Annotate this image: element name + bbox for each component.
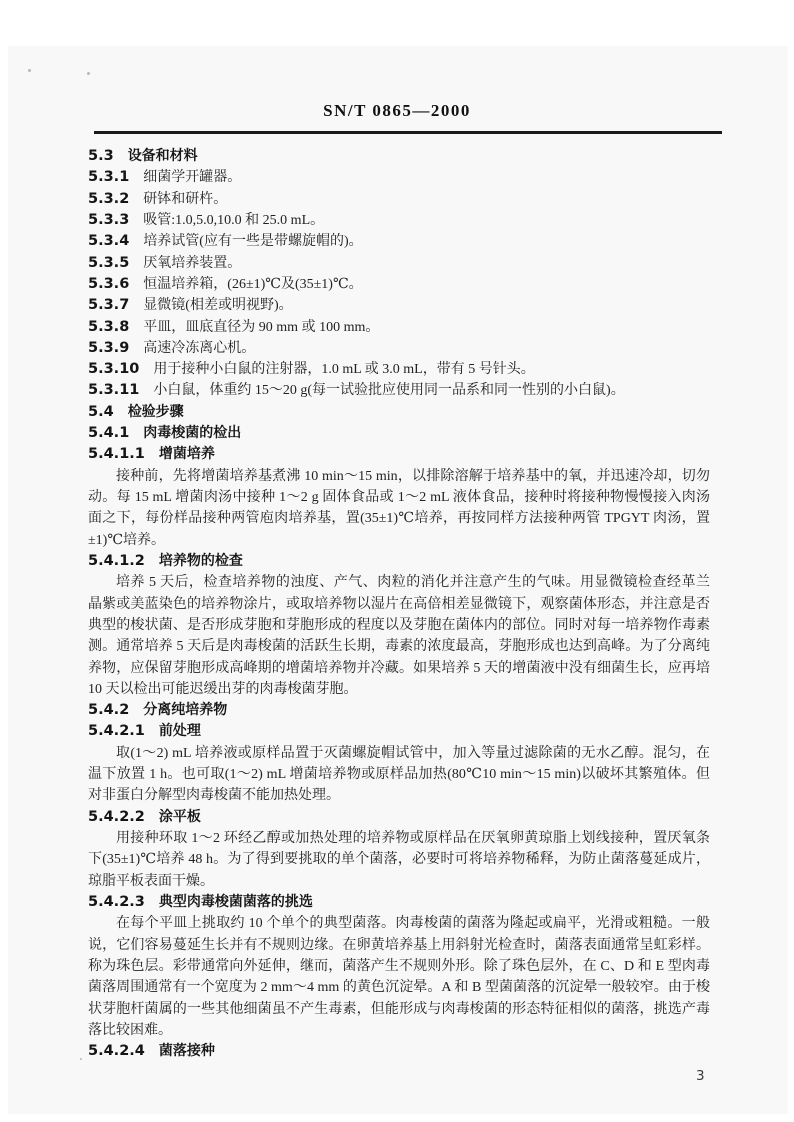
clause-number: 5.4.2 [88,702,129,718]
clause-title: 用于接种小白鼠的注射器，1.0 mL 或 3.0 mL，带有 5 号针头。 [153,362,534,377]
clause-number: 5.4.1.1 [88,446,145,462]
clause-line: 5.3.9高速冷冻离心机。 [88,338,710,359]
clause-title: 菌落接种 [159,1043,215,1059]
clause-title: 平皿，皿底直径为 90 mm 或 100 mm。 [143,320,379,335]
clause-title: 高速冷冻离心机。 [143,341,255,356]
clause-line: 5.4.2.2涂平板 [88,807,710,828]
paragraph-line: 接种前，先将增菌培养基煮沸 10 min～15 min，以排除溶解于培养基中的氧… [88,466,710,487]
paragraph-line: 温下放置 1 h。也可取(1～2) mL 增菌培养物或原样品加热(80℃10 m… [88,764,710,785]
paragraph-line: 10 天以检出可能迟缓出芽的肉毒梭菌芽胞。 [88,679,710,700]
paragraph-line: 用接种环取 1～2 环经乙醇或加热处理的培养物或原样品在厌氧卵黄琼脂上划线接种，… [88,828,710,849]
clause-number: 5.3.8 [88,319,129,335]
paragraph-line: 称为珠色层。彩带通常向外延伸，继而，菌落产生不规则外形。除了珠色层外，在 C、D… [88,956,710,977]
header-rule [94,131,722,134]
paragraph-line: 在每个平皿上挑取约 10 个单个的典型菌落。肉毒梭菌的菌落为隆起或扁平，光滑或粗… [88,913,710,934]
clause-title: 培养试管(应有一些是带螺旋帽的)。 [143,234,362,249]
clause-number: 5.4.2.2 [88,809,145,825]
clause-line: 5.3.7显微镜(相差或明视野)。 [88,295,710,316]
paragraph-line: 落比较困难。 [88,1020,710,1041]
clause-line: 5.4.2.3典型肉毒梭菌菌落的挑选 [88,892,710,913]
clause-number: 5.4.1.2 [88,553,145,569]
clause-number: 5.3.9 [88,340,129,356]
clause-title: 前处理 [159,723,201,739]
clause-number: 5.3 [88,148,114,164]
clause-title: 研钵和研杵。 [143,192,227,207]
paragraph-line: 测。通常培养 5 天后是肉毒梭菌的活跃生长期，毒素的浓度最高，芽胞形成也达到高峰… [88,636,710,657]
clause-title: 设备和材料 [128,148,198,164]
clause-line: 5.4.2.1前处理 [88,721,710,742]
paragraph-line: 状芽胞杆菌属的一些其他细菌虽不产生毒素，但能形成与肉毒梭菌的形态特征相似的菌落，… [88,999,710,1020]
clause-line: 5.4.1肉毒梭菌的检出 [88,423,710,444]
paragraph-line: 培养 5 天后，检查培养物的浊度、产气、肉粒的消化并注意产生的气味。用显微镜检查… [88,572,710,593]
clause-number: 5.4.2.3 [88,894,145,910]
paragraph-line: 说，它们容易蔓延生长并有不规则边缘。在卵黄培养基上用斜射光检查时，菌落表面通常呈… [88,935,710,956]
paragraph-line: 琼脂平板表面干燥。 [88,871,710,892]
clause-title: 显微镜(相差或明视野)。 [143,298,292,313]
clause-number: 5.4.2.1 [88,723,145,739]
paragraph-line: 典型的梭状菌、是否形成芽胞和芽胞形成的程度以及芽胞在菌体内的部位。同时对每一培养… [88,615,710,636]
clause-line: 5.3.2研钵和研杵。 [88,189,710,210]
page-number: 3 [696,1068,705,1084]
paragraph-line: 对非蛋白分解型肉毒梭菌不能加热处理。 [88,785,710,806]
clause-title: 恒温培养箱，(26±1)℃及(35±1)℃。 [143,277,362,292]
clause-title: 吸管:1.0,5.0,10.0 和 25.0 mL。 [143,213,324,228]
clause-title: 厌氧培养装置。 [143,256,241,271]
clause-number: 5.3.6 [88,276,129,292]
paragraph-line: ±1)℃培养。 [88,530,710,551]
clause-line: 5.3.3吸管:1.0,5.0,10.0 和 25.0 mL。 [88,210,710,231]
clause-line: 5.3.11小白鼠，体重约 15～20 g(每一试验批应使用同一品系和同一性别的… [88,380,710,401]
clause-title: 典型肉毒梭菌菌落的挑选 [159,894,313,910]
paragraph-line: 取(1～2) mL 培养液或原样品置于灭菌螺旋帽试管中，加入等量过滤除菌的无水乙… [88,743,710,764]
clause-line: 5.3.1细菌学开罐器。 [88,167,710,188]
clause-number: 5.3.4 [88,233,129,249]
clause-number: 5.4 [88,404,114,420]
clause-line: 5.3.6恒温培养箱，(26±1)℃及(35±1)℃。 [88,274,710,295]
clause-line: 5.3.5厌氧培养装置。 [88,253,710,274]
clause-title: 细菌学开罐器。 [143,170,241,185]
clause-line: 5.3.4培养试管(应有一些是带螺旋帽的)。 [88,231,710,252]
clause-line: 5.3.10用于接种小白鼠的注射器，1.0 mL 或 3.0 mL，带有 5 号… [88,359,710,380]
clause-number: 5.3.10 [88,361,139,377]
paragraph-line: 动。每 15 mL 增菌肉汤中接种 1～2 g 固体食品或 1～2 mL 液体食… [88,487,710,508]
scan-speck [80,1058,82,1060]
clause-title: 分离纯培养物 [143,702,227,718]
scan-speck [87,72,90,75]
document-body: 5.3设备和材料5.3.1细菌学开罐器。5.3.2研钵和研杵。5.3.3吸管:1… [88,146,710,1062]
scan-speck [28,69,31,72]
clause-title: 检验步骤 [128,404,184,420]
paragraph-line: 面之下，每份样品接种两管庖肉培养基，置(35±1)℃培养，再按同样方法接种两管 … [88,508,710,529]
clause-title: 涂平板 [159,809,201,825]
clause-line: 5.4.2.4菌落接种 [88,1041,710,1062]
clause-line: 5.4.1.2培养物的检查 [88,551,710,572]
paragraph-line: 晶紫或美蓝染色的培养物涂片，或取培养物以湿片在高倍相差显微镜下，观察菌体形态，并… [88,594,710,615]
clause-number: 5.3.1 [88,169,129,185]
paragraph-line: 下(35±1)℃培养 48 h。为了得到要挑取的单个菌落，必要时可将培养物稀释，… [88,849,710,870]
clause-line: 5.3设备和材料 [88,146,710,167]
paragraph-line: 养物，应保留芽胞形成高峰期的增菌培养物并冷藏。如果培养 5 天的增菌液中没有细菌… [88,658,710,679]
clause-number: 5.4.2.4 [88,1043,145,1059]
clause-line: 5.4.1.1增菌培养 [88,444,710,465]
clause-line: 5.4.2分离纯培养物 [88,700,710,721]
clause-line: 5.4检验步骤 [88,402,710,423]
standard-number-header: SN/T 0865—2000 [0,101,794,121]
clause-title: 培养物的检查 [159,553,243,569]
clause-line: 5.3.8平皿，皿底直径为 90 mm 或 100 mm。 [88,317,710,338]
clause-number: 5.3.11 [88,382,139,398]
clause-number: 5.3.5 [88,255,129,271]
paragraph-line: 菌落周围通常有一个宽度为 2 mm～4 mm 的黄色沉淀晕。A 和 B 型菌菌落… [88,977,710,998]
clause-title: 肉毒梭菌的检出 [143,425,241,441]
clause-title: 增菌培养 [159,446,215,462]
clause-number: 5.4.1 [88,425,129,441]
clause-number: 5.3.7 [88,297,129,313]
clause-title: 小白鼠，体重约 15～20 g(每一试验批应使用同一品系和同一性别的小白鼠)。 [153,383,624,398]
clause-number: 5.3.3 [88,212,129,228]
clause-number: 5.3.2 [88,191,129,207]
